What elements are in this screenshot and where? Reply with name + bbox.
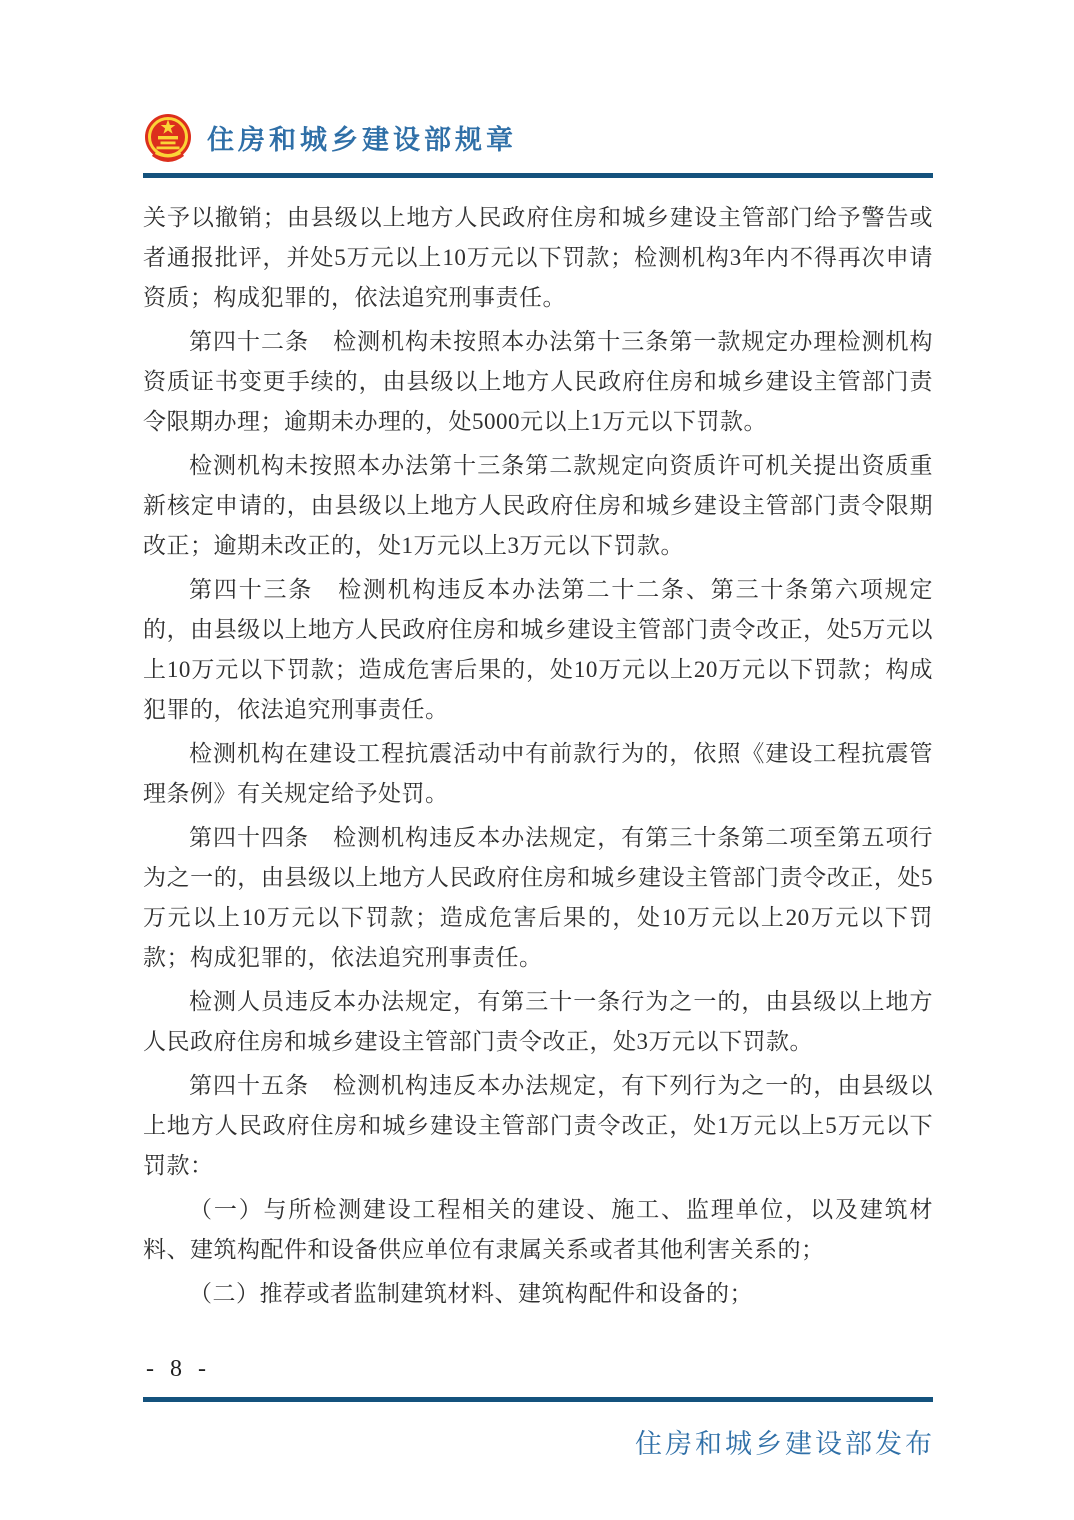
page-number: - 8 - xyxy=(146,1356,211,1383)
body-paragraph: 检测机构未按照本办法第十三条第二款规定向资质许可机关提出资质重新核定申请的，由县… xyxy=(143,446,933,566)
document-page: 住房和城乡建设部规章 关予以撤销；由县级以上地方人民政府住房和城乡建设主管部门给… xyxy=(0,0,1074,1520)
header-title: 住房和城乡建设部规章 xyxy=(207,112,517,168)
body-paragraph: 检测机构在建设工程抗震活动中有前款行为的，依照《建设工程抗震管理条例》有关规定给… xyxy=(143,734,933,814)
document-body: 关予以撤销；由县级以上地方人民政府住房和城乡建设主管部门给予警告或者通报批评，并… xyxy=(143,198,933,1318)
body-paragraph: 第四十二条 检测机构未按照本办法第十三条第一款规定办理检测机构资质证书变更手续的… xyxy=(143,322,933,442)
footer-rule xyxy=(143,1397,933,1402)
body-paragraph: 第四十五条 检测机构违反本办法规定，有下列行为之一的，由县级以上地方人民政府住房… xyxy=(143,1066,933,1186)
footer-publisher: 住房和城乡建设部发布 xyxy=(635,1422,935,1461)
header-rule xyxy=(143,173,933,178)
body-paragraph: （二）推荐或者监制建筑材料、建筑构配件和设备的； xyxy=(143,1274,933,1314)
body-paragraph: （一）与所检测建设工程相关的建设、施工、监理单位，以及建筑材料、建筑构配件和设备… xyxy=(143,1190,933,1270)
china-national-emblem-icon xyxy=(143,112,193,168)
page-header: 住房和城乡建设部规章 xyxy=(143,112,933,178)
body-paragraph: 关予以撤销；由县级以上地方人民政府住房和城乡建设主管部门给予警告或者通报批评，并… xyxy=(143,198,933,318)
body-paragraph: 第四十三条 检测机构违反本办法第二十二条、第三十条第六项规定的，由县级以上地方人… xyxy=(143,570,933,730)
body-paragraph: 第四十四条 检测机构违反本办法规定，有第三十条第二项至第五项行为之一的，由县级以… xyxy=(143,818,933,978)
body-paragraph: 检测人员违反本办法规定，有第三十一条行为之一的，由县级以上地方人民政府住房和城乡… xyxy=(143,982,933,1062)
